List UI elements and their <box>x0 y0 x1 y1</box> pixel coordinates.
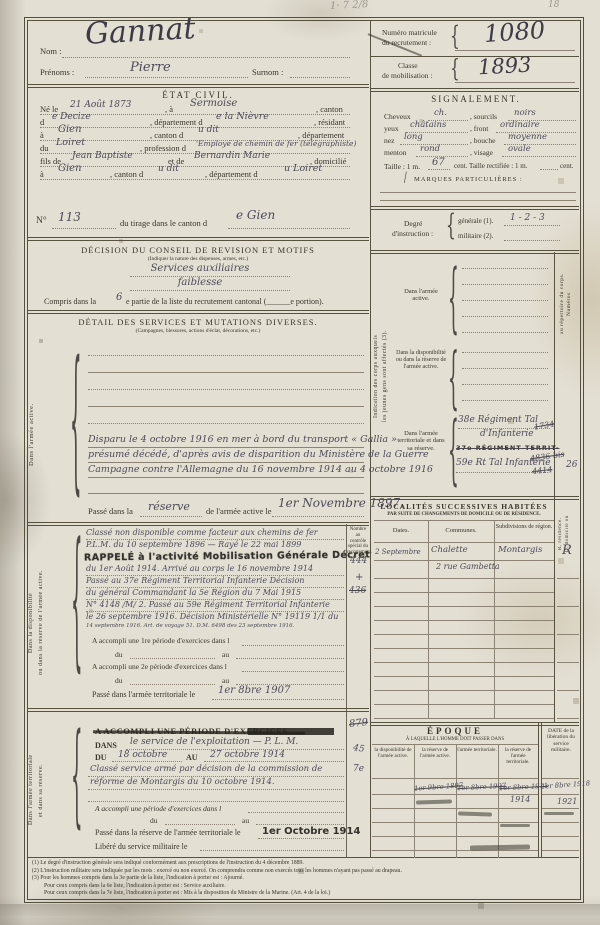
residence-value: Gien <box>58 124 82 135</box>
tirage-canton: e Gien <box>236 208 275 222</box>
col-header-communes: Communes. <box>428 527 494 534</box>
label: nez <box>384 136 394 145</box>
classe-label: Classe <box>398 61 418 70</box>
label: , département d <box>150 117 203 127</box>
corps-vlabel: Indication des corps auxquels <box>373 258 379 494</box>
rule <box>256 824 344 825</box>
blank-line <box>462 400 548 401</box>
du-label: du <box>150 816 158 825</box>
table-line <box>428 520 429 718</box>
surnom-label: Surnom : <box>252 67 283 77</box>
paper-specks <box>0 0 2 2</box>
dispo-vlabel: Dans la disponibilité <box>28 540 34 705</box>
decision-value: faiblesse <box>100 277 300 288</box>
du-label: du <box>115 676 123 685</box>
label: à <box>40 169 44 179</box>
rule <box>504 225 560 226</box>
row-line <box>374 690 554 691</box>
row-line <box>374 634 554 635</box>
label: , bouche <box>470 136 495 145</box>
matricule-label: Numéro matricule <box>382 28 437 37</box>
epoque-col2-header: la réserve de l'armée active. <box>415 748 455 760</box>
dans-value: le service de l'exploitation — P. L. M. <box>130 737 298 747</box>
taille-label: cent. <box>560 162 573 170</box>
au-label: au <box>222 676 229 685</box>
footnote: (2) L'instruction militaire sera indiqué… <box>32 868 402 874</box>
liberation-date2: 1921 <box>557 797 577 806</box>
rule <box>228 228 350 229</box>
footnote: (1) Le degré d'instruction générale sera… <box>32 860 304 866</box>
label: , canton d <box>150 130 183 140</box>
au-label: au <box>242 816 249 825</box>
rule <box>502 156 576 157</box>
controle-value: 436 <box>349 586 366 596</box>
periode-label: A accompli une période d'exercices dans … <box>95 804 221 813</box>
date-liberation-header: DATE de la libération du service militai… <box>543 728 579 753</box>
table-line <box>494 520 495 718</box>
corps-terr-label: Dans l'armée territoriale et dans sa rés… <box>394 430 448 452</box>
col-header-subdivisions: Subdivisions de région. <box>494 524 554 531</box>
prenoms-value: Pierre <box>130 60 171 75</box>
rule <box>455 82 575 83</box>
blank-line <box>462 384 548 385</box>
row-line <box>374 676 554 677</box>
label: , département d <box>205 169 258 179</box>
taille-label: cent. Taille rectifiée : 1 m. <box>454 162 527 170</box>
row-line <box>542 808 579 809</box>
rule <box>112 761 182 762</box>
label: , profession d <box>140 143 186 153</box>
rule <box>52 228 116 229</box>
row-line <box>542 850 579 851</box>
au-label: au <box>222 650 229 659</box>
rule <box>200 850 344 851</box>
regiment-stamp: 37e RÉGIMENT TERRIT- <box>456 444 559 452</box>
table-line <box>456 744 457 858</box>
departement-value: Loiret <box>56 137 85 148</box>
militaire-label: militaire (2). <box>458 232 493 240</box>
row-line <box>372 808 538 809</box>
rule <box>242 671 344 672</box>
du-label: DU <box>95 753 107 762</box>
row-line <box>557 634 579 635</box>
visage-value: ovale <box>508 144 531 154</box>
taille-value: 67 <box>432 157 445 168</box>
rule <box>130 290 290 291</box>
label: d <box>40 117 44 127</box>
corps-vlabel: les jeunes gens sont affectés (3). <box>382 258 388 494</box>
au-value: 27 octobre 1914 <box>210 750 285 760</box>
dispo-entry: du 1er Août 1914. Arrivé au corps le 16 … <box>86 564 313 573</box>
canton-value: e Decize <box>52 112 91 122</box>
divider <box>27 84 369 88</box>
brace: { <box>450 58 460 82</box>
row-line <box>372 836 538 837</box>
domicile-value: Gien <box>58 163 82 174</box>
row-line <box>372 850 538 851</box>
generale-value: 1 - 2 - 3 <box>510 213 545 223</box>
rule <box>140 516 202 517</box>
label: , front <box>470 124 488 133</box>
mother-name: Bernardin Marie <box>194 151 270 161</box>
rule <box>212 699 344 700</box>
scan-artifact-band <box>0 904 600 916</box>
du-value: 18 octobre <box>118 750 167 760</box>
rule <box>248 812 344 813</box>
profession-value: 'Employé de chemin de fer (télégraphiste… <box>196 139 356 148</box>
localites-subtitle: PAR SUITE DE CHANGEMENTS DE DOMICILE OU … <box>372 512 556 517</box>
du-label: du <box>115 650 123 659</box>
menton-value: rond <box>420 144 440 154</box>
row-line <box>374 560 554 561</box>
epoque-title: ÉPOQUE <box>372 726 538 736</box>
divider <box>27 708 369 712</box>
matricule-value: 1080 <box>483 16 546 48</box>
controle-header: Nombre au contrôle spécial du recrutemen… <box>347 527 369 556</box>
row-line <box>557 690 579 691</box>
label: Cheveux <box>384 112 411 121</box>
passe-reserve-value: réserve <box>148 500 190 513</box>
label: à <box>40 130 44 140</box>
decision-subtitle: (Indiquer la nature des dispenses, armes… <box>27 256 369 262</box>
rule <box>504 240 560 241</box>
passe-reserve-label: Passé dans la <box>88 506 133 516</box>
terr-entry: Classé service armé par décision de la c… <box>90 764 322 774</box>
blank-line <box>88 423 364 424</box>
rule <box>236 658 344 659</box>
compris-label: Compris dans la <box>44 297 96 306</box>
epoque-col1-header: la disponibilité de l'armée active. <box>373 748 413 760</box>
brace: { <box>71 528 83 679</box>
passe-reserve-terr-label: Passé dans la réserve de l'armée territo… <box>95 828 241 837</box>
rule <box>40 179 350 180</box>
rule <box>204 761 344 762</box>
divider <box>371 496 579 500</box>
dispo-entry: N° 4148 /M/ 2. Passé au 59e Régiment Ter… <box>86 600 330 609</box>
classe-value: 1893 <box>477 53 532 80</box>
rule <box>242 645 344 646</box>
rule <box>428 169 450 170</box>
tirage-number: 113 <box>58 210 81 224</box>
repertoire-vlabel: au répertoire du corps. <box>559 258 565 350</box>
blank-line <box>462 268 548 269</box>
decision-title: DÉCISION DU CONSEIL DE REVISION ET MOTIF… <box>27 245 369 255</box>
rule <box>88 462 364 463</box>
brace: { <box>70 346 82 502</box>
signalement-title: SIGNALEMENT. <box>372 94 580 104</box>
dispo-entry: le 26 septembre 1916. Décision Ministéri… <box>86 612 338 621</box>
row-line <box>374 620 554 621</box>
libere-label: Libéré du service militaire le <box>95 842 187 851</box>
rule <box>62 57 350 58</box>
father-name: Jean Baptiste <box>72 151 133 161</box>
regiment-entry: 38e Régiment Tal <box>458 415 538 425</box>
nom-label: Nom : <box>40 46 62 56</box>
sourcils-value: noirs <box>514 108 536 118</box>
localite-dr-value: R <box>562 543 572 558</box>
periode2-label: A accompli une 2e période d'exercices da… <box>92 662 227 671</box>
marques-label: MARQUES PARTICULIÈRES : <box>414 176 523 183</box>
label: , visage <box>470 148 493 157</box>
blank-line <box>88 389 364 390</box>
label: du <box>40 143 49 153</box>
divider <box>371 206 579 210</box>
corps-dispo-label: Dans la disponibilité ou dans la réserve… <box>394 350 448 371</box>
blank-line <box>88 355 364 356</box>
row-line <box>557 578 579 579</box>
footnote-divider <box>27 857 579 858</box>
rule <box>290 77 350 78</box>
terr-vlabel: et dans sa réserve. <box>38 730 44 850</box>
row-line <box>542 822 579 823</box>
row-line <box>557 662 579 663</box>
passe-reserve-label: de l'armée active le <box>206 506 271 516</box>
table-line <box>414 744 415 858</box>
blank-line <box>462 352 548 353</box>
dispo-entry: Classé non disponible comme facteur aux … <box>86 528 318 537</box>
services-entry: Disparu le 4 octobre 1916 en mer à bord … <box>88 434 397 445</box>
divider <box>27 310 369 314</box>
blank-line <box>462 284 548 285</box>
pencil-scribble: 18 <box>548 0 559 10</box>
rule <box>88 789 344 790</box>
controle-value: 45 <box>352 743 365 754</box>
row-line <box>374 662 554 663</box>
rule <box>455 50 575 51</box>
row-line <box>557 718 579 719</box>
dispo-entry: du général Commandant la 5e Région du 7 … <box>86 588 301 597</box>
armee-active-vlabel: Dans l'armée active. <box>28 345 35 525</box>
label: , sourcils <box>470 112 497 121</box>
rule <box>88 477 364 478</box>
row-line <box>372 794 538 795</box>
passe-territoriale-date: 1er 8bre 1907 <box>218 685 290 696</box>
blank-line <box>88 372 364 373</box>
divider <box>371 56 579 57</box>
periode1-label: A accompli une 1re période d'exercices d… <box>92 636 229 645</box>
bouche-value: moyenne <box>508 132 547 142</box>
degre-label: d'instruction : <box>392 229 433 238</box>
repertoire-vlabel: Numéros <box>566 258 572 350</box>
compris-value: 6 <box>116 292 122 303</box>
brace: { <box>71 722 83 834</box>
rule <box>130 658 215 659</box>
blank-line <box>380 192 576 193</box>
passe-territoriale-label: Passé dans l'armée territoriale le <box>92 690 195 699</box>
repertoire-number: 26 <box>566 460 577 470</box>
footnote: (3) Pour les hommes compris dans la 3e p… <box>32 875 244 881</box>
blank-line <box>88 801 344 802</box>
ink-smear <box>470 844 530 850</box>
slash-mark: / <box>404 172 407 186</box>
row-line <box>542 794 579 795</box>
canton-value: u dit <box>158 164 179 174</box>
nez-value: long <box>404 132 423 142</box>
rule <box>40 127 350 128</box>
birth-place: Sermoise <box>190 98 237 109</box>
passe-reserve-terr-stamp: 1er Octobre 1914 <box>262 826 360 837</box>
row-line <box>542 836 579 837</box>
pencil-scribble: 1· 7 2/8 <box>330 0 369 12</box>
row-line <box>374 578 554 579</box>
brace: { <box>450 24 460 50</box>
au-label: AU <box>186 753 198 762</box>
row-line <box>374 648 554 649</box>
rule <box>130 684 215 685</box>
services-title: DÉTAIL DES SERVICES ET MUTATIONS DIVERSE… <box>27 317 369 327</box>
compris-label: e partie de la liste du recrutement cant… <box>126 297 324 306</box>
table-line <box>372 778 538 779</box>
nom-value: Gannat <box>84 11 196 52</box>
col-header-dates: Dates. <box>374 527 428 534</box>
prenoms-label: Prénoms : <box>40 67 74 77</box>
blank-line <box>462 316 548 317</box>
footnote: Pour ceux compris dans la 6e liste, l'in… <box>44 883 226 889</box>
departement-value: e la Nièvre <box>216 111 269 122</box>
controle-value: 444 <box>350 556 367 566</box>
epoque-col4-header: la réserve de l'armée territoriale. <box>499 748 537 766</box>
blank-line <box>462 368 548 369</box>
dispo-entry: Passé au 37e Régiment Territorial Infant… <box>86 576 304 585</box>
localite-commune: 2 rue Gambetta <box>436 562 500 571</box>
table-line <box>372 744 538 745</box>
rule <box>85 77 248 78</box>
dans-label: DANS <box>95 741 117 750</box>
controle-value: 879 <box>348 717 368 730</box>
blank-line <box>88 406 364 407</box>
dispo-entry: P.L.M. du 10 septembre 1896 — Rayé le 22… <box>86 540 301 549</box>
label: yeux <box>384 124 399 133</box>
table-line <box>542 778 579 779</box>
rule <box>165 824 235 825</box>
controle-value: 7e <box>353 764 364 774</box>
ink-strike <box>248 728 334 735</box>
ink-smear <box>500 824 530 827</box>
dispo-entry: 14 septembre 1916. Art. de voyage 51. D.… <box>86 623 294 629</box>
terr-entry: réforme de Montargis du 10 octobre 1914. <box>90 777 275 787</box>
tirage-text: du tirage dans le canton d <box>120 218 207 228</box>
front-value: ordinaire <box>500 120 540 130</box>
epoque-col3-header: l'armée territoriale. <box>457 748 497 754</box>
rule <box>88 447 364 448</box>
cheveux-value: ch. <box>434 108 447 118</box>
brace: { <box>446 213 456 242</box>
corps-active-label: Dans l'armée active. <box>396 288 446 303</box>
epoque-reserve-terr-date2: 1914 <box>510 795 530 804</box>
localite-date: 2 Septembre <box>375 548 421 556</box>
table-line <box>374 542 554 543</box>
blank-line <box>462 332 548 333</box>
rule <box>272 516 364 517</box>
row-line <box>372 822 538 823</box>
rule <box>540 169 558 170</box>
repertoire-column-line <box>554 252 555 722</box>
canton-value: u dit <box>198 125 219 135</box>
blank-line <box>462 300 548 301</box>
controle-value: + <box>355 572 363 583</box>
generale-label: générale (1). <box>458 217 493 225</box>
divider <box>371 250 579 254</box>
localite-commune: Chalette <box>431 545 468 555</box>
birth-date: 21 Août 1873 <box>70 100 131 110</box>
label: , à <box>165 104 173 114</box>
row-line <box>374 606 554 607</box>
scanned-military-record: 1· 7 2/8 18 Nom : Gannat Prénoms : Pierr… <box>0 0 600 925</box>
degre-label: Degré <box>404 219 422 228</box>
taille-label: Taille : 1 m. <box>384 162 420 171</box>
controle-column-line <box>346 524 347 858</box>
tirage-label: N° <box>36 216 47 226</box>
brace: { <box>448 262 459 337</box>
row-line <box>374 704 554 705</box>
table-line <box>374 520 554 521</box>
divider <box>27 237 369 241</box>
rule <box>258 838 344 839</box>
row-line <box>557 606 579 607</box>
decision-value: Services auxiliaires <box>100 263 300 274</box>
ink-smear <box>544 812 574 815</box>
blank-line <box>88 493 364 494</box>
label: , canton d <box>110 169 143 179</box>
regiment-entry: d'Infanterie <box>480 429 534 439</box>
epoque-subtitle: À LAQUELLE L'HOMME DOIT PASSER DANS <box>372 737 538 742</box>
footnote: Pour ceux compris dans la 7e liste, l'in… <box>44 890 330 896</box>
yeux-value: châtains <box>410 120 446 130</box>
label: , résidant <box>314 117 345 127</box>
row-line <box>374 718 554 719</box>
row-line <box>374 592 554 593</box>
localites-title: LOCALITÉS SUCCESSIVES HABITÉES <box>372 502 556 511</box>
blank-line <box>380 200 576 201</box>
departement-value: u Loiret <box>284 163 322 174</box>
terr-vlabel: Dans l'armée territoriale <box>28 730 34 850</box>
divider <box>371 88 579 92</box>
classe-label: de mobilisation : <box>382 71 432 80</box>
localite-subdivision: Montargis <box>498 545 542 555</box>
dispo-vlabel: ou dans la réserve de l'armée active. <box>38 540 44 705</box>
label: , canton <box>316 104 343 114</box>
brace: { <box>448 346 459 414</box>
label: menton <box>384 148 407 157</box>
